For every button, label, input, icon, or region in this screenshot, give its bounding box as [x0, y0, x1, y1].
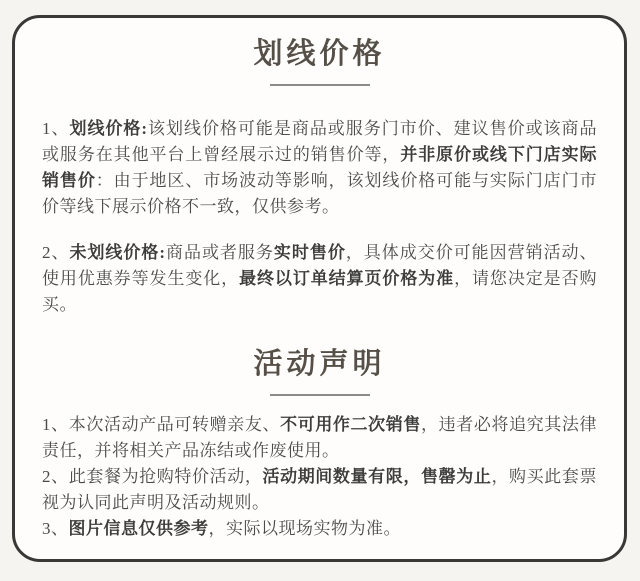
title-underline	[270, 394, 370, 396]
notice-card: 划线价格 1、划线价格:该划线价格可能是商品或服务门市价、建议售价或该商品或服务…	[12, 15, 627, 562]
text-segment: 2、	[42, 243, 69, 262]
text-segment: 划线价格:	[69, 119, 147, 138]
text-segment: 未划线价格:	[69, 243, 165, 262]
paragraph-strikethrough-price-1: 1、划线价格:该划线价格可能是商品或服务门市价、建议售价或该商品或服务在其他平台…	[42, 116, 597, 220]
activity-statement-item-1: 1、本次活动产品可转赠亲友、不可用作二次销售，违者必将追究其法律责任，并将相关产…	[42, 412, 597, 464]
section-title-strikethrough-price: 划线价格	[42, 34, 597, 74]
text-segment: 2、此套餐为抢购特价活动，	[42, 467, 262, 486]
text-segment: 1、本次活动产品可转赠亲友、	[42, 415, 280, 434]
text-segment: 商品或者服务	[166, 243, 274, 262]
paragraph-unmarked-price-2: 2、未划线价格:商品或者服务实时售价，具体成交价可能因营销活动、使用优惠券等发生…	[42, 240, 597, 318]
text-segment: 不可用作二次销售	[280, 415, 421, 434]
text-segment: ：由于地区、市场波动等影响，该划线价格可能与实际门店门市价等线下展示价格不一致，…	[42, 171, 597, 216]
activity-statement-item-3: 3、图片信息仅供参考，实际以现场实物为准。	[42, 516, 597, 542]
section-activity-statement: 活动声明 1、本次活动产品可转赠亲友、不可用作二次销售，违者必将追究其法律责任，…	[42, 344, 597, 542]
text-segment: 活动期间数量有限，售罄为止	[262, 467, 491, 486]
text-segment: 最终以订单结算页价格为准	[239, 269, 454, 288]
section-title-activity-statement: 活动声明	[42, 344, 597, 384]
text-segment: ，实际以现场实物为准。	[209, 519, 402, 538]
section-strikethrough-price: 划线价格 1、划线价格:该划线价格可能是商品或服务门市价、建议售价或该商品或服务…	[42, 34, 597, 318]
title-underline	[270, 84, 370, 86]
text-segment: 图片信息仅供参考	[69, 519, 209, 538]
activity-statement-item-2: 2、此套餐为抢购特价活动，活动期间数量有限，售罄为止，购买此套票视为认同此声明及…	[42, 464, 597, 516]
notice-page: { "page": { "outer_bg": "#f6f4f1", "card…	[0, 0, 640, 581]
text-segment: 实时售价	[274, 243, 346, 262]
text-segment: 1、	[42, 119, 69, 138]
text-segment: 3、	[42, 519, 69, 538]
